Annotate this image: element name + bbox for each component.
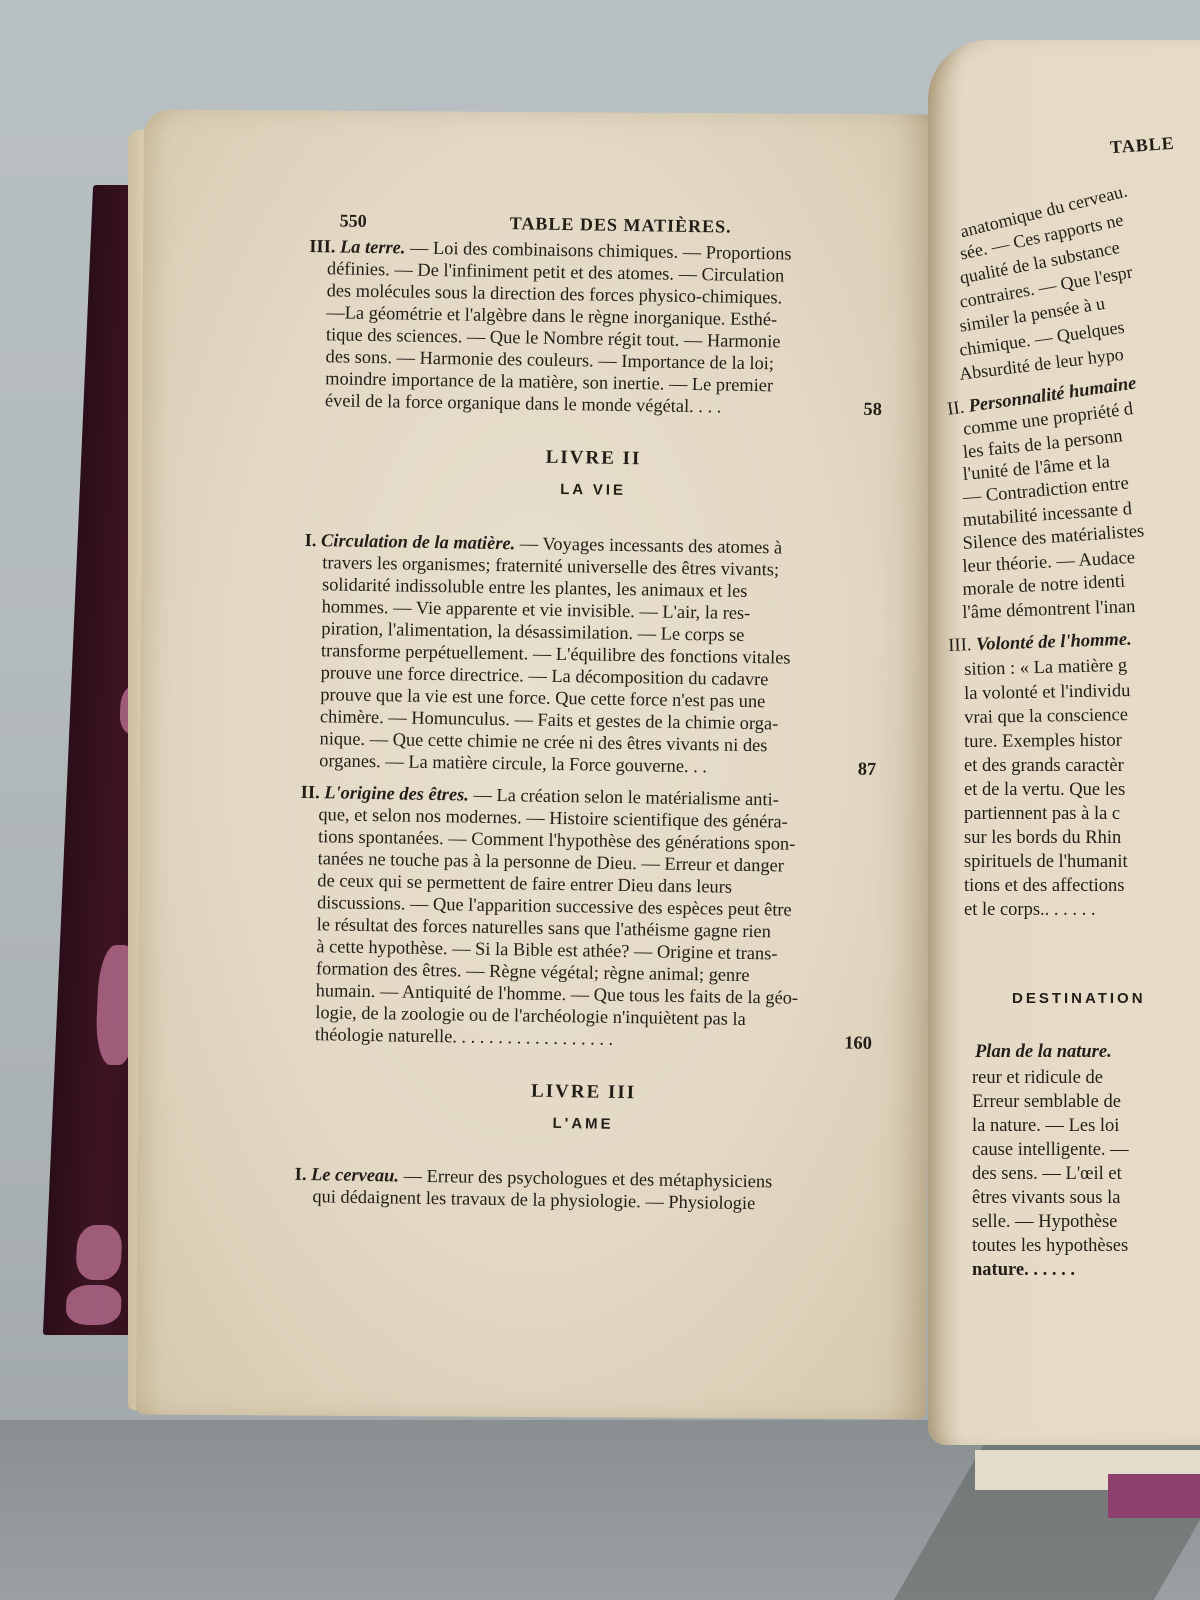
entry-line: spirituels de l'humanit — [964, 852, 1128, 873]
entry-line: nature. . . . . . — [972, 1260, 1075, 1281]
page-number: 550 — [340, 209, 367, 231]
entry-line: reur et ridicule de — [972, 1068, 1103, 1089]
running-header-title: TABLE DES MATIÈRES. — [510, 212, 732, 237]
entry-title: Plan de la nature. — [975, 1042, 1112, 1063]
entry-numeral: III. — [309, 236, 335, 256]
entry-line: selle. — Hypothèse — [972, 1212, 1117, 1233]
entry-line: sition : « La matière g — [964, 656, 1127, 681]
entry-line: la volonté et l'individu — [964, 681, 1131, 705]
entry-title: Volonté de l'homme. — [976, 630, 1132, 655]
left-page-text: 550 TABLE DES MATIÈRES. III. La terre. —… — [294, 205, 885, 1226]
cover-wear-spot — [65, 1285, 122, 1325]
entry-line: êtres vivants sous la — [972, 1188, 1121, 1209]
entry-line: toutes les hypothèses — [972, 1236, 1128, 1257]
entry-page-number: 160 — [844, 1031, 872, 1053]
entry-title: Circulation de la matière. — [321, 530, 515, 553]
entry-line: Erreur semblable de — [972, 1092, 1121, 1113]
entry-heading: III. Volonté de l'homme. — [948, 630, 1132, 657]
entry-line: éveil de la force organique dans le mond… — [325, 390, 722, 416]
entry-numeral: I. — [305, 530, 317, 550]
entry-numeral: II. — [946, 398, 966, 420]
toc-entry: I. Le cerveau. — Erreur des psychologues… — [294, 1163, 870, 1216]
entry-line: ture. Exemples histor — [964, 731, 1122, 753]
entry-page-number: 58 — [863, 398, 882, 420]
toc-entry: III. La terre. — Loi des combinaisons ch… — [307, 235, 885, 420]
entry-line: organes. — La matière circule, la Force … — [319, 750, 707, 776]
entry-line: vrai que la conscience — [964, 705, 1128, 729]
entry-line: théologie naturelle. . . . . . . . . . .… — [315, 1024, 614, 1049]
entry-line: et de la vertu. Que les — [964, 780, 1125, 801]
book-section-title: LA VIE — [305, 475, 880, 506]
entry-page-number: 87 — [858, 758, 877, 780]
entry-numeral: I. — [295, 1164, 307, 1184]
entry-line: cause intelligente. — — [972, 1140, 1129, 1161]
entry-line: l'âme démontrent l'inan — [962, 597, 1136, 624]
toc-entry: II. L'origine des êtres. — La création s… — [297, 781, 876, 1054]
cover-wear-spot — [75, 1225, 122, 1280]
entry-line: et des grands caractèr — [964, 756, 1124, 777]
entry-title: L'origine des êtres. — [324, 782, 469, 804]
section-title: DESTINATION — [1012, 990, 1146, 1007]
entry-line: — Voyages incessants des atomes à — [520, 533, 783, 557]
entry-line: partiennent pas à la c — [964, 804, 1120, 825]
entry-title: La terre. — [340, 236, 406, 257]
entry-line: des sens. — L'œil et — [972, 1164, 1122, 1185]
entry-numeral: III. — [948, 635, 972, 656]
entry-numeral: II. — [301, 782, 320, 802]
book-section-title: L'AME — [295, 1109, 870, 1140]
entry-title: Le cerveau. — [311, 1164, 399, 1185]
entry-line: et le corps.. . . . . . — [964, 900, 1096, 921]
toc-entry: I. Circulation de la matière. — Voyages … — [301, 529, 880, 780]
book-section-label: LIVRE III — [296, 1077, 871, 1108]
entry-line: sur les bords du Rhin — [964, 828, 1121, 849]
book-section-label: LIVRE II — [306, 443, 881, 474]
entry-line: la nature. — Les loi — [972, 1116, 1119, 1137]
entry-line: tions et des affections — [964, 876, 1124, 897]
